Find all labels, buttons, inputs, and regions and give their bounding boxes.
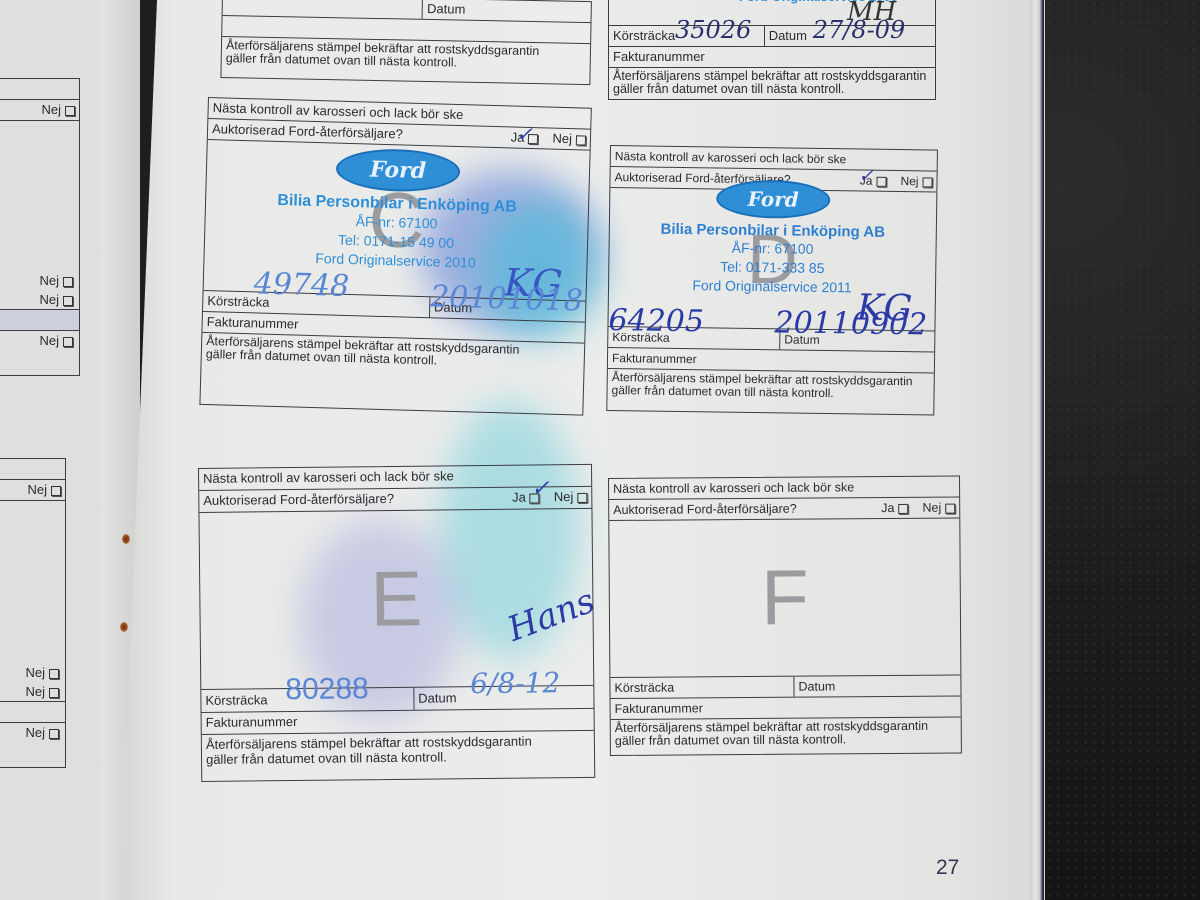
mileage-date-row: Körsträcka35026 Datum27/8-09 — [609, 26, 935, 47]
date-label: Datum — [418, 690, 456, 705]
no-label: Nej — [552, 131, 572, 147]
left-yes-no-row: Nej — [0, 331, 79, 350]
invoice-label: Fakturanummer — [613, 49, 705, 64]
no-option[interactable]: Nej — [554, 487, 588, 508]
date-label: Datum — [769, 28, 807, 43]
ford-logo-icon: Ford — [335, 148, 460, 193]
no-label: Nej — [554, 489, 574, 504]
dealer-stamp: Ford Bilia Personbilar i Enköping AB ÅF-… — [204, 144, 589, 276]
ford-logo-icon: Ford — [716, 179, 831, 219]
stamp-note: Återförsäljarens stämpel bekräftar att r… — [611, 718, 961, 750]
yes-checkbox[interactable] — [898, 504, 908, 514]
service-form-c: Nästa kontroll av karosseri och lack bör… — [199, 97, 591, 416]
no-checkbox[interactable] — [63, 277, 73, 287]
yes-label: Ja — [881, 501, 894, 515]
invoice-label: Fakturanummer — [612, 351, 697, 366]
section-letter: F — [761, 552, 809, 643]
no-label: Nej — [25, 725, 45, 740]
no-option[interactable]: Nej — [922, 498, 955, 518]
left-blank-area — [0, 501, 65, 663]
date-cell: Datum27/8-09 — [765, 26, 811, 46]
page-number: 27 — [936, 856, 959, 880]
no-label: Nej — [39, 273, 59, 288]
check-mark-icon: ✓ — [531, 479, 550, 499]
invoice-label: Fakturanummer — [206, 714, 298, 730]
mileage-value[interactable]: 35026 — [675, 20, 751, 40]
left-row — [0, 310, 79, 331]
yes-option[interactable]: Ja — [881, 498, 908, 518]
left-form-upper: Nej Nej Nej Nej — [0, 78, 80, 376]
no-checkbox[interactable] — [65, 106, 75, 116]
mileage-cell: Körsträcka35026 — [609, 26, 765, 46]
dealer-stamp: Ford Bilia Personbilar i Enköping AB ÅF-… — [609, 178, 937, 299]
mileage-value[interactable]: 64205 — [608, 311, 704, 332]
date-cell: Datum — [794, 676, 839, 696]
no-label: Nej — [39, 292, 59, 307]
invoice-label: Fakturanummer — [615, 701, 703, 716]
mileage-value[interactable]: 49748 — [254, 274, 350, 297]
left-row — [0, 702, 65, 723]
no-checkbox[interactable] — [63, 296, 73, 306]
no-checkbox[interactable] — [49, 688, 59, 698]
date-value[interactable]: 6/8-12 — [470, 672, 560, 695]
stamp-note-line2: gäller från datumet ovan till nästa kont… — [615, 733, 957, 748]
service-form-top-right: Ford Originalservice 2009 MH Körsträcka3… — [608, 0, 936, 100]
no-label: Nej — [39, 333, 59, 348]
left-yes-no-row: Nej — [0, 271, 79, 290]
date-label: Datum — [427, 1, 466, 17]
no-checkbox[interactable] — [49, 669, 59, 679]
date-label: Datum — [798, 679, 835, 693]
left-page: Nej Nej Nej Nej Nej Nej Nej Nej — [0, 0, 140, 900]
invoice-row: Fakturanummer — [609, 47, 935, 68]
left-blank-area — [0, 121, 79, 271]
mileage-value[interactable]: 80288 — [285, 678, 369, 701]
no-label: Nej — [922, 501, 941, 515]
date-value[interactable]: 27/8-09 — [813, 20, 906, 40]
no-option[interactable]: Nej — [552, 129, 586, 150]
left-form-lower: Nej Nej Nej Nej — [0, 458, 66, 768]
authorized-label: Auktoriserad Ford-återförsäljare? — [613, 499, 797, 520]
no-label: Nej — [27, 482, 47, 497]
no-label: Nej — [25, 684, 45, 699]
stamp-note-line2: gäller från datumet ovan till nästa kont… — [613, 83, 931, 96]
no-checkbox[interactable] — [576, 135, 586, 145]
stamp-area: E Hans — [199, 509, 593, 690]
date-cell: Datum20110902 — [780, 329, 824, 350]
service-form-d: Nästa kontroll av karosseri och lack bör… — [606, 145, 938, 416]
staple-rust — [122, 534, 130, 544]
mileage-label: Körsträcka — [614, 681, 674, 695]
stamp-note: Återförsäljarens stämpel bekräftar att r… — [202, 731, 594, 769]
no-checkbox[interactable] — [577, 492, 587, 502]
check-mark-icon: ✓ — [516, 124, 533, 144]
mileage-label: Körsträcka — [205, 692, 267, 708]
mileage-cell: Körsträcka64205 — [608, 327, 780, 349]
service-form-e: Nästa kontroll av karosseri och lack bör… — [198, 464, 595, 782]
date-cell: Datum20101018 — [430, 297, 477, 318]
left-row — [0, 459, 65, 480]
yes-label: Ja — [512, 490, 526, 505]
mileage-cell: Körsträcka80288 — [201, 688, 414, 712]
date-cell: Datum — [423, 0, 470, 20]
page-edge — [1030, 0, 1044, 900]
no-label: Nej — [41, 102, 61, 117]
authorized-row: Auktoriserad Ford-återförsäljare? JaNej — [609, 498, 959, 521]
stamp-note: Återförsäljarens stämpel bekräftar att r… — [609, 68, 935, 98]
no-label: Nej — [25, 665, 45, 680]
mileage-cell: Körsträcka — [610, 677, 794, 698]
left-yes-no-row: Nej — [0, 480, 65, 501]
stamp-note-line2: gäller från datumet ovan till nästa kont… — [206, 748, 590, 767]
no-checkbox[interactable] — [49, 729, 59, 739]
invoice-label: Fakturanummer — [207, 314, 299, 332]
left-row — [0, 79, 79, 100]
left-yes-no-row: Nej — [0, 290, 79, 310]
left-yes-no-row: Nej — [0, 682, 65, 702]
left-yes-no-row: Nej — [0, 100, 79, 121]
no-checkbox[interactable] — [63, 337, 73, 347]
invoice-row: Fakturanummer — [202, 709, 594, 735]
section-letter: E — [370, 553, 423, 645]
left-yes-no-row: Nej — [0, 663, 65, 682]
invoice-row: Fakturanummer — [611, 697, 961, 720]
signature: Hans — [502, 581, 600, 650]
no-checkbox[interactable] — [51, 486, 61, 496]
date-value[interactable]: 20110902 — [774, 313, 927, 335]
stamp-note: Återförsäljarens stämpel bekräftar att r… — [607, 369, 933, 404]
stamp-area: F — [609, 519, 960, 678]
mileage-date-row: Körsträcka Datum — [610, 676, 960, 699]
authorized-label: Auktoriserad Ford-återförsäljare? — [203, 489, 394, 512]
service-form-top-left: Datum Återförsäljarens stämpel bekräftar… — [220, 0, 592, 85]
mileage-label: Körsträcka — [613, 28, 675, 43]
left-yes-no-row: Nej — [0, 723, 65, 742]
no-checkbox[interactable] — [945, 503, 955, 513]
staple-rust — [120, 622, 128, 632]
date-cell: Datum6/8-12 — [414, 687, 461, 709]
date-value[interactable]: 20101018 — [430, 287, 583, 311]
service-form-f: Nästa kontroll av karosseri och lack bör… — [608, 476, 962, 756]
next-check-row: Nästa kontroll av karosseri och lack bör… — [609, 477, 959, 500]
